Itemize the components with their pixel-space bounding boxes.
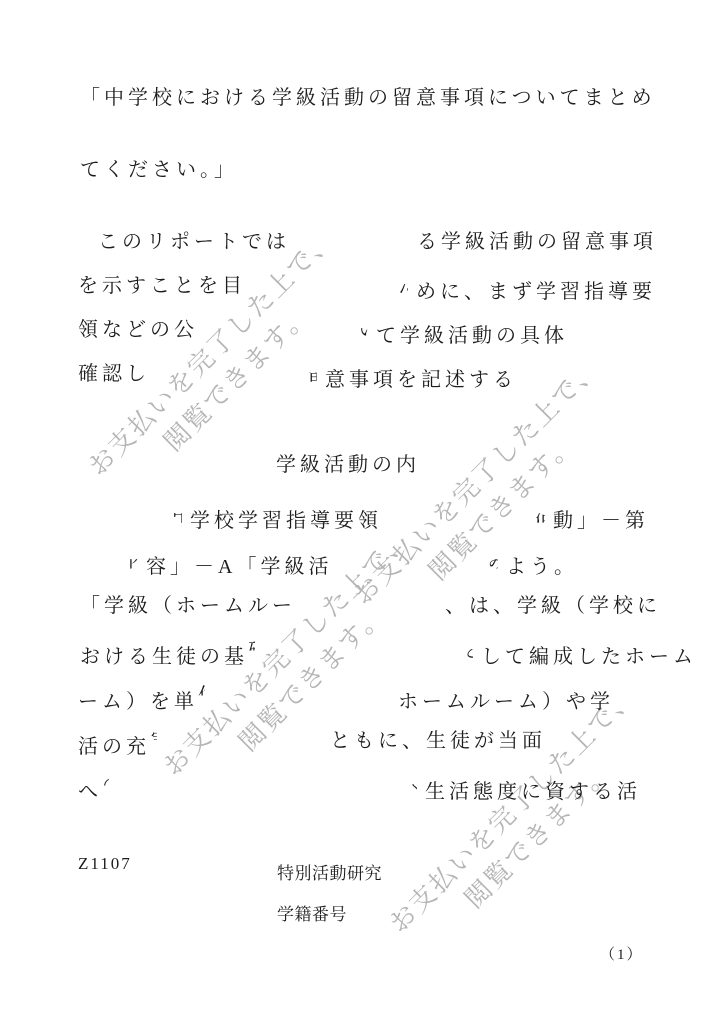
text-segment-left: を示すことを目 <box>78 275 246 297</box>
document-text-line: ーム）を単位 （ホームルーム）や学 <box>78 684 216 714</box>
document-title-line-1: 「中学校における学級活動の留意事項についてまとめ <box>80 86 656 110</box>
page-number: （1） <box>600 943 644 964</box>
clipped-character: み <box>488 549 506 573</box>
document-text-line: 確認し 留意事項を記述する <box>78 362 150 386</box>
course-title: 特別活動研究 <box>277 859 382 884</box>
report-code: Z1107 <box>78 854 132 874</box>
text-run: して編成したホーム <box>481 646 697 668</box>
text-run: へ <box>78 781 102 803</box>
text-segment-left: このリポートでは <box>98 231 290 253</box>
text-run: を示すことを目 <box>78 275 246 297</box>
document-text-line: おける生徒の基礎 として編成したホーム <box>80 639 266 669</box>
text-run: おける生徒の基 <box>80 646 248 668</box>
document-title-line-2: てください。」 <box>80 158 238 182</box>
text-run: 、は、学級（学校に <box>445 595 661 617</box>
clipped-character: た <box>398 274 416 298</box>
clipped-character: 内 <box>128 549 146 573</box>
text-segment-left: 内容」－A「学級活 <box>128 556 332 578</box>
section-heading: 学級活動の内 <box>276 453 420 477</box>
text-run: ホームルーム）や学 <box>398 691 614 713</box>
text-run: 生活態度に資する活 <box>425 781 641 803</box>
text-segment-right: る学級活動の留意事項 <box>417 230 657 254</box>
text-segment-left: 領などの公 <box>78 319 198 341</box>
clipped-character: い <box>358 318 376 342</box>
text-run: る学級活動の留意事項 <box>417 231 657 253</box>
student-number-label: 学籍番号 <box>277 900 347 925</box>
text-segment-left: 「学級（ホームルー <box>80 595 296 617</box>
text-segment-left: ーム）を単位 <box>78 691 216 713</box>
text-run: て学級活動の具体 <box>376 325 568 347</box>
text-segment-right: ともに、生徒が当面 <box>330 729 546 753</box>
clipped-character: の <box>102 774 120 798</box>
text-run: 確認し <box>78 363 150 385</box>
document-text-line: 「学級（ホームルー 、は、学級（学校に <box>80 594 296 618</box>
document-page: お支払いを完了した上で、 閲覧できます。 お支払いを完了した上で、 閲覧できます… <box>0 0 725 1024</box>
clipped-character: く <box>407 774 425 798</box>
watermark-line-2: 閲覧できます。 <box>180 546 443 809</box>
clipped-character: 留 <box>307 362 325 386</box>
text-run: 領などの公 <box>78 319 198 341</box>
payment-watermark: お支払いを完了した上で、 閲覧できます。 <box>381 678 669 966</box>
clipped-character: 位 <box>198 684 216 708</box>
text-run: ともに、生徒が当面 <box>330 730 546 752</box>
text-run: よう。 <box>506 556 578 578</box>
document-text-line: 領などの公 いて学級活動の具体 <box>78 318 198 342</box>
text-segment-right: 、は、学級（学校に <box>445 594 661 618</box>
document-text-line: を示すことを目 ために、まず学習指導要 <box>78 274 246 298</box>
document-text-line: 中学校学習指導要領 活動」－第 <box>172 503 382 533</box>
watermark-line-1: お支払いを完了した上で、 <box>80 221 343 484</box>
text-run: 学校学習指導要領 <box>190 510 382 532</box>
text-segment-right: として編成したホーム <box>463 639 697 669</box>
text-segment-right: いて学級活動の具体 <box>358 318 568 348</box>
text-run: このリポートでは <box>98 231 290 253</box>
text-segment-left: 中学校学習指導要領 <box>172 510 382 532</box>
text-run: 意事項を記述する <box>325 369 517 391</box>
text-segment-right: 留意事項を記述する <box>307 362 517 392</box>
text-segment-left: 活の充実 <box>78 736 168 758</box>
text-run: 活の充 <box>78 736 150 758</box>
document-text-line: このリポートでは る学級活動の留意事項 <box>98 230 290 254</box>
clipped-character: 活 <box>535 503 553 527</box>
clipped-character: （ <box>380 684 398 708</box>
text-run: 「学級（ホームルー <box>80 595 296 617</box>
watermark-line-1: お支払いを完了した上で、 <box>381 678 644 941</box>
text-run: 容」－A「学級活 <box>146 556 332 578</box>
document-text-line: への く生活態度に資する活 <box>78 774 120 804</box>
clipped-character: と <box>463 639 481 663</box>
text-segment-left: おける生徒の基礎 <box>80 646 266 668</box>
document-text-line: 内容」－A「学級活 みよう。 <box>128 549 332 579</box>
document-text-line: 活の充実 ともに、生徒が当面 <box>78 729 168 759</box>
text-segment-left: 確認し <box>78 363 150 385</box>
clipped-character: 礎 <box>248 639 266 663</box>
text-segment-right: 活動」－第 <box>535 503 649 533</box>
text-segment-right: く生活態度に資する活 <box>407 774 641 804</box>
text-segment-right: みよう。 <box>488 549 578 579</box>
text-run: めに、まず学習指導要 <box>416 281 656 303</box>
text-segment-left: への <box>78 781 120 803</box>
text-run: ーム）を単 <box>78 691 198 713</box>
text-segment-right: ために、まず学習指導要 <box>398 274 656 304</box>
clipped-character: 実 <box>150 729 168 753</box>
text-run: 動」－第 <box>553 510 649 532</box>
text-segment-right: （ホームルーム）や学 <box>380 684 614 714</box>
clipped-character: 中 <box>172 503 190 527</box>
